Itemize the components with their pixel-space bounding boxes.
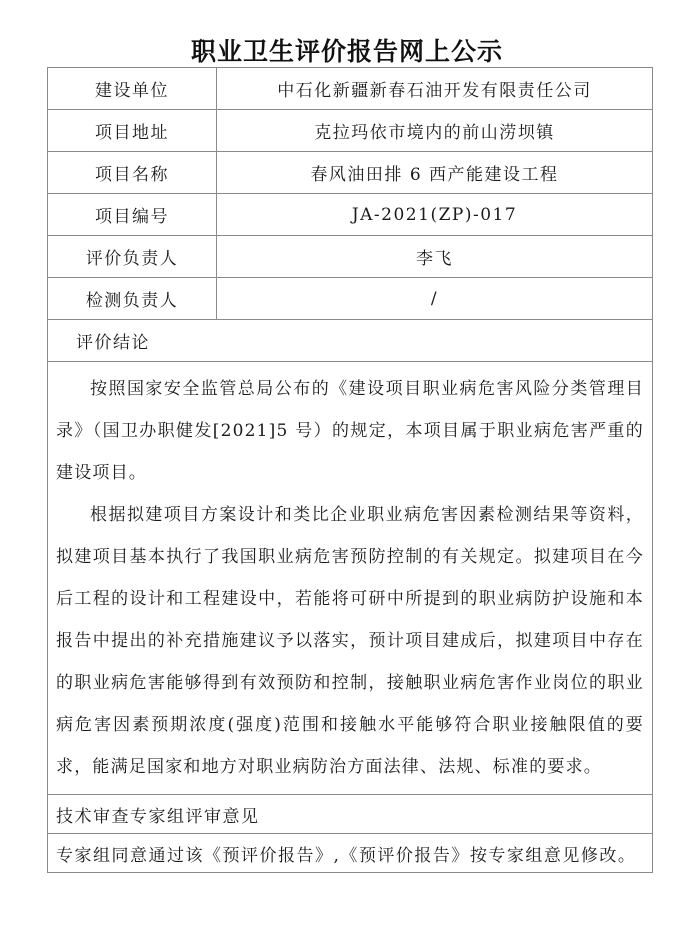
label-evaluation-lead: 评价负责人 [48,236,217,278]
page-title: 职业卫生评价报告网上公示 [0,32,694,68]
table-row-project-name: 项目名称 春风油田排 6 西产能建设工程 [48,152,653,194]
table-row-project-address: 项目地址 克拉玛依市境内的前山涝坝镇 [48,110,653,152]
conclusion-paragraph-2: 根据拟建项目方案设计和类比企业职业病危害因素检测结果等资料，拟建项目基本执行了我… [56,494,644,788]
table-row-testing-lead: 检测负责人 / [48,278,653,320]
value-evaluation-lead: 李飞 [217,236,653,278]
expert-review-heading: 技术审查专家组评审意见 [48,795,653,834]
table-row-construction-unit: 建设单位 中石化新疆新春石油开发有限责任公司 [48,68,653,110]
value-project-name: 春风油田排 6 西产能建设工程 [217,152,653,194]
table-row-project-number: 项目编号 JA-2021(ZP)-017 [48,194,653,236]
table-row-evaluation-lead: 评价负责人 李飞 [48,236,653,278]
value-project-address: 克拉玛依市境内的前山涝坝镇 [217,110,653,152]
label-testing-lead: 检测负责人 [48,278,217,320]
expert-review-opinion: 专家组同意通过该《预评价报告》,《预评价报告》按专家组意见修改。 [48,834,653,873]
label-project-number: 项目编号 [48,194,217,236]
label-construction-unit: 建设单位 [48,68,217,110]
disclosure-table: 建设单位 中石化新疆新春石油开发有限责任公司 项目地址 克拉玛依市境内的前山涝坝… [47,67,653,873]
table-row-conclusion-heading: 评价结论 [48,320,653,362]
conclusion-paragraph-1: 按照国家安全监管总局公布的《建设项目职业病危害风险分类管理目录》（国卫办职健发[… [56,368,644,494]
conclusion-body: 按照国家安全监管总局公布的《建设项目职业病危害风险分类管理目录》（国卫办职健发[… [48,362,653,795]
table-row-expert-opinion: 专家组同意通过该《预评价报告》,《预评价报告》按专家组意见修改。 [48,834,653,873]
value-project-number: JA-2021(ZP)-017 [217,194,653,236]
table-row-expert-heading: 技术审查专家组评审意见 [48,795,653,834]
table-row-conclusion-body: 按照国家安全监管总局公布的《建设项目职业病危害风险分类管理目录》（国卫办职健发[… [48,362,653,795]
label-project-name: 项目名称 [48,152,217,194]
label-project-address: 项目地址 [48,110,217,152]
value-testing-lead: / [217,278,653,320]
conclusion-heading: 评价结论 [48,320,653,362]
value-construction-unit: 中石化新疆新春石油开发有限责任公司 [217,68,653,110]
